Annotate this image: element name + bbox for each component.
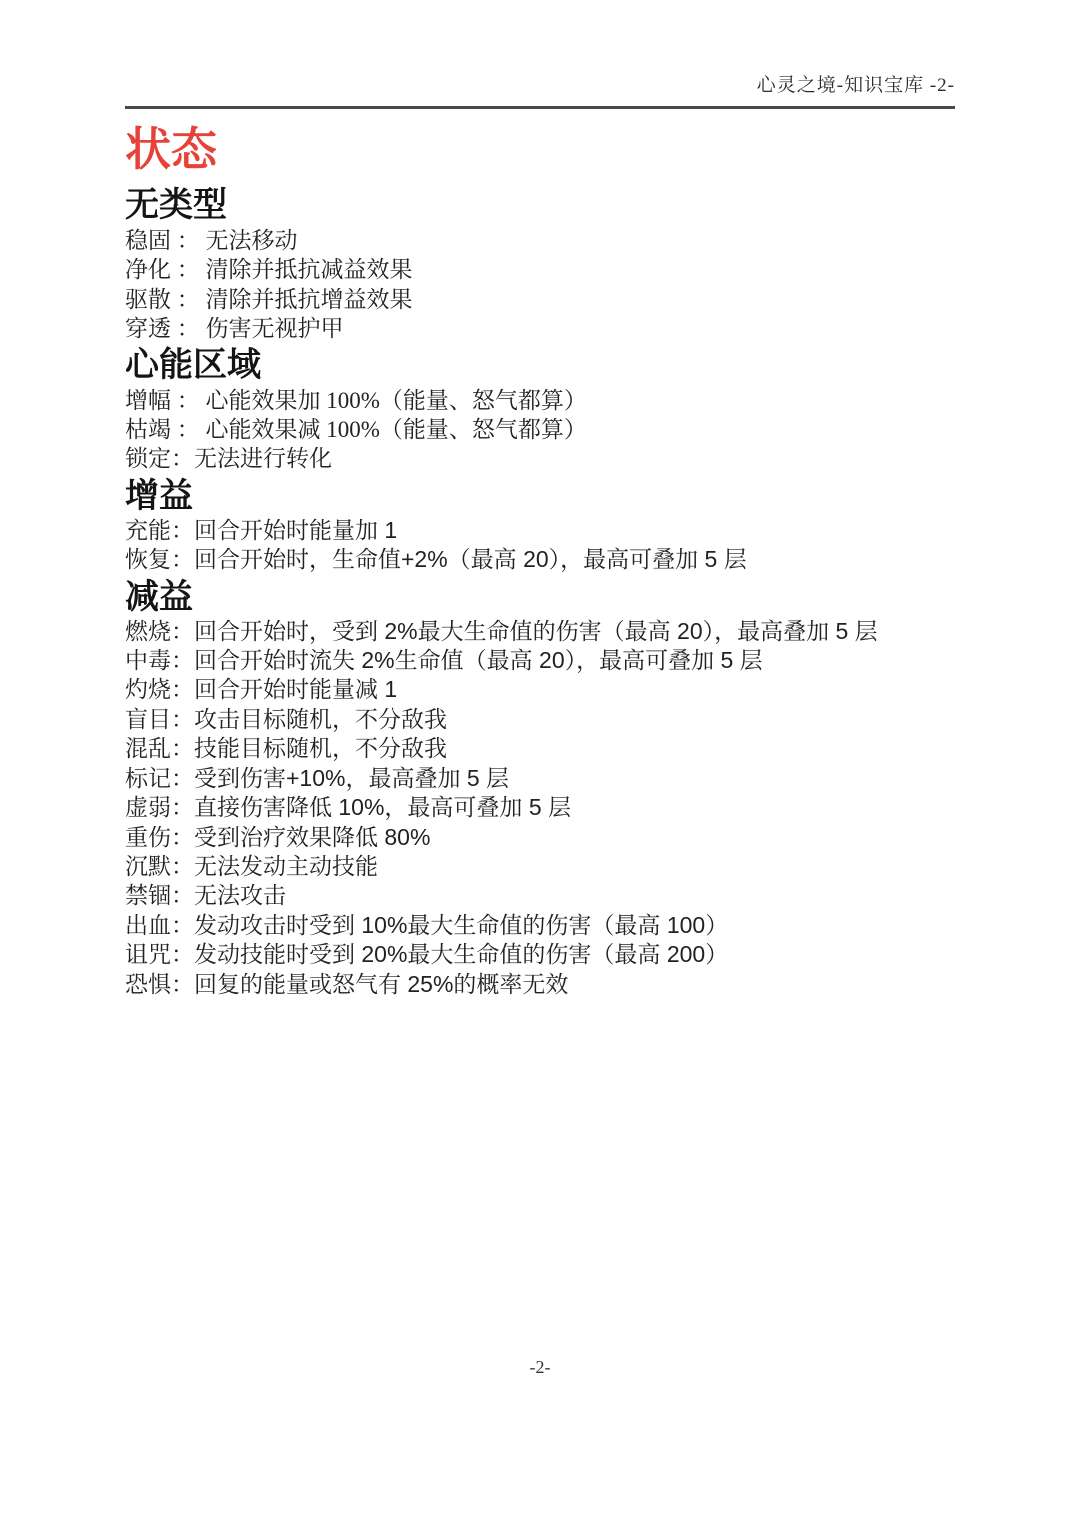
status-line: 增幅 ： 心能效果加 100%（能量、怒气都算） — [125, 386, 955, 415]
status-desc: 回合开始时，生命值+2%（最高 20），最高可叠加 5 层 — [194, 546, 747, 572]
section-heading-no-type: 无类型 — [125, 186, 955, 226]
page-content: 状态 无类型 稳固 ： 无法移动 净化 ： 清除并抵抗减益效果 驱散 ： 清除并… — [125, 124, 955, 999]
status-line: 充能：回合开始时能量加 1 — [125, 516, 955, 545]
status-separator: ： — [171, 517, 194, 543]
status-desc: 直接伤害降低 10%，最高可叠加 5 层 — [194, 794, 571, 820]
status-desc: 清除并抵抗增益效果 — [206, 287, 413, 312]
status-line: 锁定：无法进行转化 — [125, 444, 955, 473]
status-desc: 无法进行转化 — [194, 446, 332, 471]
section-heading-soul-zone: 心能区域 — [125, 346, 955, 386]
status-separator: ： — [171, 765, 194, 791]
status-desc: 无法发动主动技能 — [194, 853, 378, 879]
status-separator: ： — [171, 794, 194, 820]
status-desc: 受到治疗效果降低 80% — [194, 824, 430, 850]
status-label: 禁锢 — [125, 882, 171, 908]
status-desc: 受到伤害+10%，最高叠加 5 层 — [194, 765, 509, 791]
status-separator: ： — [171, 287, 206, 312]
page-header: 心灵之境-知识宝库 -2- — [125, 0, 955, 98]
status-line: 恐惧：回复的能量或怒气有 25%的概率无效 — [125, 970, 955, 999]
status-separator: ： — [171, 647, 194, 673]
status-line: 沉默：无法发动主动技能 — [125, 852, 955, 881]
status-label: 恢复 — [125, 546, 171, 572]
status-label: 诅咒 — [125, 941, 171, 967]
status-separator: ： — [171, 941, 194, 967]
status-separator: ： — [171, 882, 194, 908]
status-separator: ： — [171, 912, 194, 938]
status-desc: 发动技能时受到 20%最大生命值的伤害（最高 200） — [194, 941, 728, 967]
status-label: 枯竭 — [125, 417, 171, 442]
status-separator: ： — [171, 824, 194, 850]
status-line: 诅咒：发动技能时受到 20%最大生命值的伤害（最高 200） — [125, 940, 955, 969]
status-line: 混乱：技能目标随机，不分敌我 — [125, 734, 955, 763]
status-label: 标记 — [125, 765, 171, 791]
status-line: 出血：发动攻击时受到 10%最大生命值的伤害（最高 100） — [125, 911, 955, 940]
document-page: 心灵之境-知识宝库 -2- 状态 无类型 稳固 ： 无法移动 净化 ： 清除并抵… — [0, 0, 1080, 1528]
status-line: 中毒：回合开始时流失 2%生命值（最高 20），最高可叠加 5 层 — [125, 646, 955, 675]
status-line: 净化 ： 清除并抵抗减益效果 — [125, 255, 955, 284]
status-separator: ： — [171, 417, 206, 442]
status-desc: 伤害无视护甲 — [206, 316, 344, 341]
status-desc: 回复的能量或怒气有 25%的概率无效 — [194, 971, 568, 997]
status-label: 穿透 — [125, 316, 171, 341]
status-desc: 技能目标随机，不分敌我 — [194, 735, 447, 761]
status-separator: ： — [171, 676, 194, 702]
status-desc: 回合开始时能量加 1 — [194, 517, 397, 543]
status-label: 恐惧 — [125, 971, 171, 997]
status-label: 灼烧 — [125, 676, 171, 702]
status-label: 驱散 — [125, 287, 171, 312]
status-separator: ： — [171, 971, 194, 997]
status-label: 中毒 — [125, 647, 171, 673]
status-line: 盲目：攻击目标随机，不分敌我 — [125, 705, 955, 734]
status-label: 混乱 — [125, 735, 171, 761]
status-separator: ： — [171, 706, 194, 732]
status-line: 稳固 ： 无法移动 — [125, 226, 955, 255]
status-desc: 回合开始时能量减 1 — [194, 676, 397, 702]
page-number-footer: -2- — [0, 1356, 1080, 1378]
status-line: 燃烧：回合开始时，受到 2%最大生命值的伤害（最高 20），最高叠加 5 层 — [125, 617, 955, 646]
status-desc: 发动攻击时受到 10%最大生命值的伤害（最高 100） — [194, 912, 728, 938]
status-line: 灼烧：回合开始时能量减 1 — [125, 675, 955, 704]
section-heading-debuff: 减益 — [125, 577, 955, 617]
status-separator: ： — [171, 853, 194, 879]
status-separator: ： — [171, 618, 194, 644]
status-separator: ： — [171, 316, 206, 341]
status-line: 恢复：回合开始时，生命值+2%（最高 20），最高可叠加 5 层 — [125, 545, 955, 574]
status-line: 标记：受到伤害+10%，最高叠加 5 层 — [125, 764, 955, 793]
status-label: 增幅 — [125, 388, 171, 413]
status-label: 稳固 — [125, 228, 171, 253]
status-desc: 心能效果加 100%（能量、怒气都算） — [206, 388, 587, 413]
status-label: 重伤 — [125, 824, 171, 850]
status-line: 重伤：受到治疗效果降低 80% — [125, 823, 955, 852]
status-line: 穿透 ： 伤害无视护甲 — [125, 314, 955, 343]
status-line: 枯竭 ： 心能效果减 100%（能量、怒气都算） — [125, 415, 955, 444]
status-desc: 清除并抵抗减益效果 — [206, 257, 413, 282]
status-label: 出血 — [125, 912, 171, 938]
section-heading-buff: 增益 — [125, 476, 955, 516]
status-separator: ： — [171, 388, 206, 413]
status-line: 驱散 ： 清除并抵抗增益效果 — [125, 285, 955, 314]
status-separator: ： — [171, 735, 194, 761]
header-rule — [125, 106, 955, 109]
doc-title: 状态 — [125, 124, 955, 176]
status-label: 净化 — [125, 257, 171, 282]
status-desc: 攻击目标随机，不分敌我 — [194, 706, 447, 732]
status-desc: 无法移动 — [206, 228, 298, 253]
status-label: 沉默 — [125, 853, 171, 879]
status-desc: 回合开始时，受到 2%最大生命值的伤害（最高 20），最高叠加 5 层 — [194, 618, 878, 644]
status-label: 虚弱 — [125, 794, 171, 820]
status-desc: 心能效果减 100%（能量、怒气都算） — [206, 417, 587, 442]
status-separator: ： — [171, 446, 194, 471]
status-label: 燃烧 — [125, 618, 171, 644]
status-label: 锁定 — [125, 446, 171, 471]
status-line: 虚弱：直接伤害降低 10%，最高可叠加 5 层 — [125, 793, 955, 822]
status-label: 盲目 — [125, 706, 171, 732]
header-title: 心灵之境-知识宝库 -2- — [757, 75, 955, 96]
status-separator: ： — [171, 546, 194, 572]
status-desc: 回合开始时流失 2%生命值（最高 20），最高可叠加 5 层 — [194, 647, 763, 673]
status-desc: 无法攻击 — [194, 882, 286, 908]
status-line: 禁锢：无法攻击 — [125, 881, 955, 910]
status-label: 充能 — [125, 517, 171, 543]
status-separator: ： — [171, 257, 206, 282]
status-separator: ： — [171, 228, 206, 253]
